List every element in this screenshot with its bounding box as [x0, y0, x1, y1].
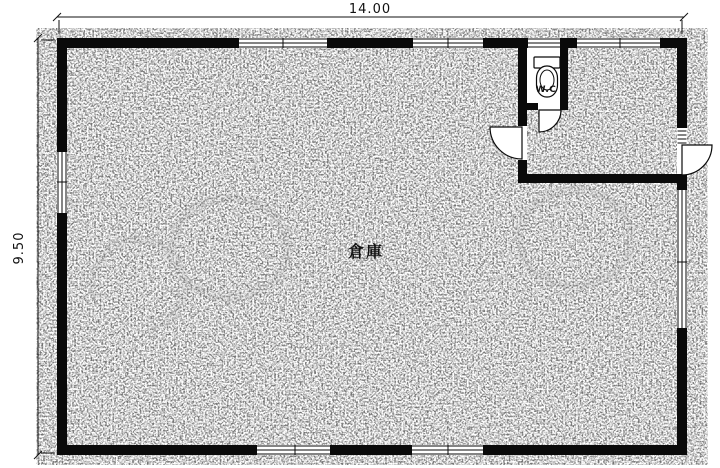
window-right	[677, 190, 687, 328]
window-top-1	[239, 38, 327, 48]
window-top-wc	[528, 38, 560, 48]
wall-wc-bottom	[527, 103, 538, 110]
door-swing-exterior-right	[682, 145, 712, 175]
window-top-2	[413, 38, 483, 48]
window-bottom-1	[257, 445, 330, 455]
window-top-3	[577, 38, 660, 48]
door-opening-wc	[538, 103, 560, 110]
window-left	[57, 152, 67, 213]
wall-exterior-left	[57, 38, 67, 455]
dimension-width-label: 14.00	[320, 2, 420, 17]
floorplan-page: 14.00 9.50 W.C 倉庫	[0, 0, 720, 468]
wall-exterior-bottom	[57, 445, 687, 455]
wall-interior-horizontal	[518, 174, 677, 183]
main-room-label: 倉庫	[316, 239, 416, 262]
window-bottom-2	[412, 445, 483, 455]
floorplan-drawing	[0, 0, 720, 468]
wall-wc-right	[560, 48, 568, 110]
dimension-height-label: 9.50	[12, 226, 26, 270]
wc-room-label: W.C	[526, 85, 566, 95]
